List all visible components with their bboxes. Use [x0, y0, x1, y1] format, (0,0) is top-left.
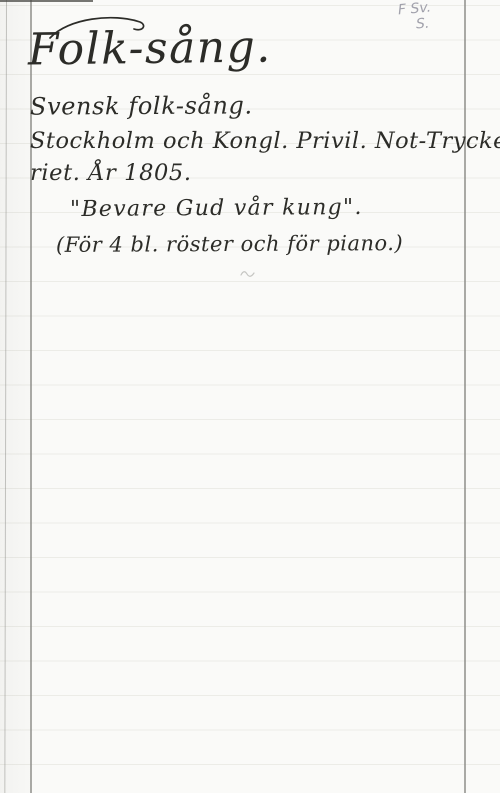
- ruled-lines: [0, 5, 500, 793]
- imprint-line-1: Stockholm och Kongl. Privil. Not-Trycke-: [30, 130, 500, 153]
- card-title: Folk-sång.: [28, 26, 272, 73]
- right-margin-line: [464, 0, 466, 793]
- pencil-shelfmark-line-2: S.: [416, 17, 430, 32]
- top-edge-mark: [0, 0, 93, 2]
- card-subtitle: Svensk folk-sång.: [30, 93, 253, 118]
- catalog-card-page: Folk-sång. Svensk folk-sång. Stockholm o…: [0, 0, 500, 793]
- imprint-line-2: riet. År 1805.: [30, 162, 192, 185]
- quote-line: "Bevare Gud vår kung".: [70, 197, 363, 221]
- stray-ink-mark: [240, 269, 256, 279]
- scoring-note: (För 4 bl. röster och för piano.): [56, 233, 403, 256]
